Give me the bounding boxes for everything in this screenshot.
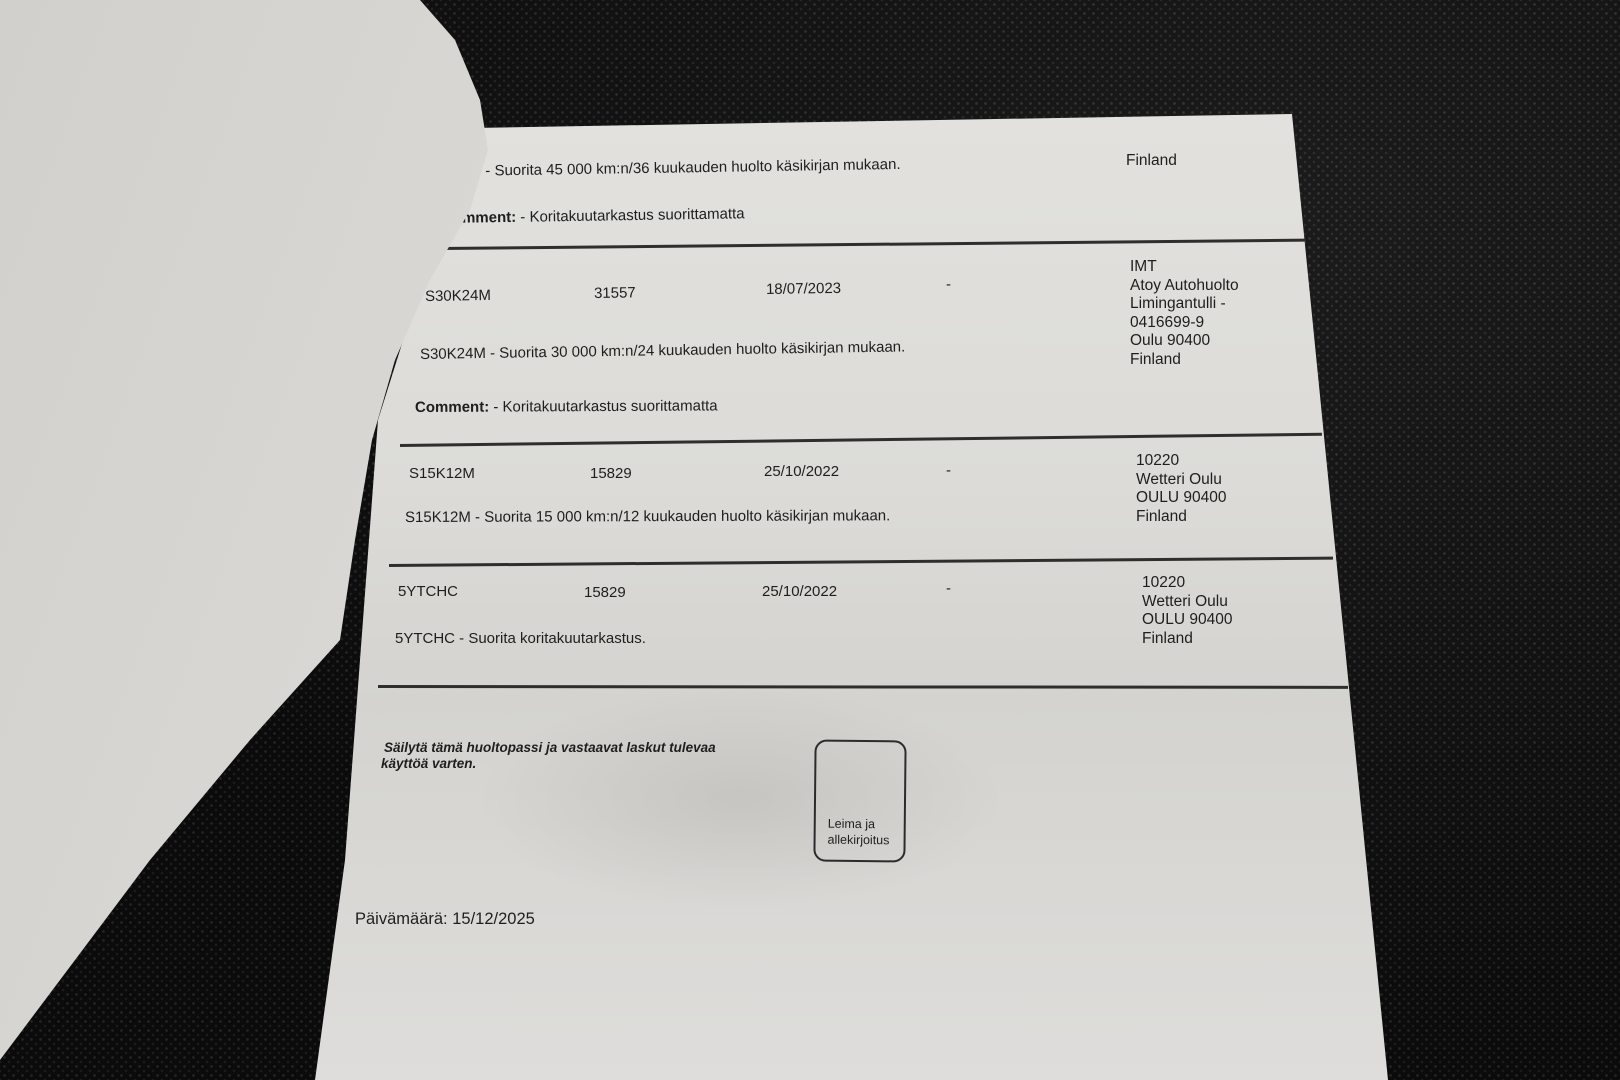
address-line: OULU 90400 [1142,611,1232,630]
stamp-label-line: allekirjoitus [828,832,890,849]
address-line: Wetteri Oulu [1136,471,1226,490]
address-line: Finland [1130,351,1239,370]
entry-description: S15K12M - Suorita 15 000 km:n/12 kuukaud… [405,507,890,526]
entry-date: 25/10/2022 [762,583,837,600]
entry-description: 5YTCHC - Suorita koritakuutarkastus. [395,630,646,647]
entry-extra: - [946,276,951,293]
stamp-label: Leima ja allekirjoitus [828,816,890,849]
address-line: 0416699-9 [1130,314,1239,333]
address-line: IMT [1130,258,1239,277]
date-line: Päivämäärä: 15/12/2025 [355,910,535,929]
comment-label: Comment: [415,399,489,416]
stamp-signature-box: Leima ja allekirjoitus [813,740,906,863]
entry-address: 10220 Wetteri Oulu OULU 90400 Finland [1142,574,1232,648]
entry-code: S30K24M [425,287,491,305]
entry-code: S15K12M [409,465,475,482]
partial-entry-address: Finland [1126,152,1177,171]
footer-note-line-2: käyttöä varten. [381,756,476,771]
entry-address: IMT Atoy Autohuolto Limingantulli - 0416… [1130,258,1239,369]
address-line: Wetteri Oulu [1142,593,1232,612]
entry-address: 10220 Wetteri Oulu OULU 90400 Finland [1136,452,1226,526]
address-line: OULU 90400 [1136,489,1226,508]
entry-extra: - [946,462,951,479]
entry-date: 25/10/2022 [764,463,839,480]
address-line: Finland [1136,508,1226,527]
address-line: 10220 [1136,452,1226,471]
entry-mileage: 15829 [584,584,626,601]
entry-extra: - [946,580,951,597]
entry-code: 5YTCHC [398,583,458,600]
address-line: Oulu 90400 [1130,332,1239,351]
address-line: 10220 [1142,574,1232,593]
address-line: Limingantulli - [1130,295,1239,314]
address-line: Finland [1126,152,1177,171]
comment-text: - Koritakuutarkastus suorittamatta [493,397,717,415]
stamp-label-line: Leima ja [828,816,890,833]
footer-note-line-1: Säilytä tämä huoltopassi ja vastaavat la… [384,740,716,755]
entry-comment-row: Comment: - Koritakuutarkastus suorittama… [415,397,718,416]
entry-mileage: 15829 [590,465,632,482]
comment-text: - Koritakuutarkastus suorittamatta [520,205,745,226]
address-line: Finland [1142,630,1232,649]
entry-date: 18/07/2023 [766,280,841,298]
entry-mileage: 31557 [594,284,636,302]
address-line: Atoy Autohuolto [1130,277,1239,296]
